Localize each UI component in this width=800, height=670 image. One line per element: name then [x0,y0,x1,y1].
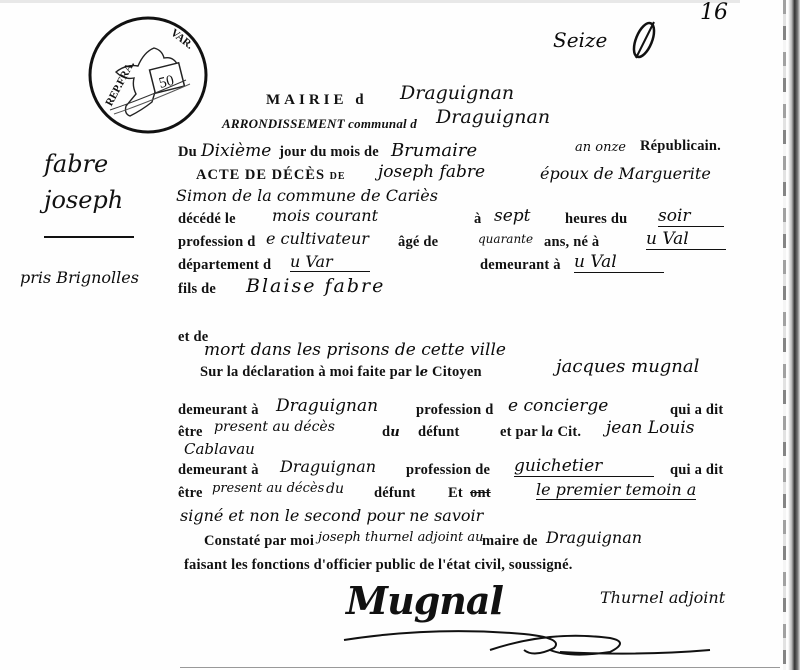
signature-flourish-icon [340,626,720,656]
spouse-text: époux de Marguerite [540,164,711,183]
et-par-label: et par la Cit. [500,424,581,441]
death-hour: sept [494,206,531,226]
witness2-name: jean Louis [606,418,694,438]
signature-note: le premier temoin a [536,480,696,500]
defunt-label-2: défunt [374,485,416,502]
margin-surname: fabre [44,150,108,178]
profession-value: e cultivateur [266,229,369,248]
date-line: Du Dixième jour du mois de Brumaire [178,140,477,161]
bottom-rule [180,667,780,668]
constate-label: Constaté par moi [204,533,314,550]
w1-relation: present au décès [214,419,335,435]
decede-value: mois courant [272,206,378,225]
death-note: mort dans les prisons de cette ville [204,340,506,360]
page-binding-shadow [783,0,786,670]
profession-label: profession d [178,234,255,251]
w2-profession-label: profession de [406,462,490,479]
document-page: 50 REP.FRA. VAR. Seize 16 MAIRIE d Dragu… [0,0,800,670]
w1-city: Draguignan [276,396,378,416]
folio-number: 16 [700,0,728,25]
revenue-stamp: 50 REP.FRA. VAR. [86,14,210,136]
w2-city: Draguignan [280,457,376,476]
acte-label: ACTE DE DÉCÈS de [196,167,346,184]
maire-city: Draguignan [546,528,642,547]
witness2-continued: Cablavau [184,440,255,458]
demeurant-value: u Val [574,252,664,273]
defunt-label-1: défunt [418,424,460,441]
a-label: à [474,211,481,228]
witness1-name: jacques mugnal [556,356,699,377]
demeurant-label: demeurant à [480,257,561,274]
scan-top-edge [0,0,740,3]
year-value: an onze [575,140,626,155]
born-value: u Val [646,229,726,250]
faisant-label: faisant les fonctions d'officier public … [184,557,573,574]
du-value-2: du [326,481,344,497]
etre-label-2: être [178,485,203,502]
stamp-seal-icon: 50 REP.FRA. VAR. [86,14,210,136]
departement-label: département d [178,257,271,274]
age-label: âgé de [398,234,438,251]
w2-relation: present au décès [212,481,324,496]
margin-given-name: joseph [44,186,123,214]
w2-profession: guichetier [514,456,654,477]
margin-note: pris Brignolles [20,268,139,287]
ont-struck: ont [470,485,491,502]
mairie-value: Draguignan [400,82,514,104]
et-label: Et [448,485,463,502]
etre-label-1: être [178,424,203,441]
time-of-day: soir [658,206,724,227]
svg-text:VAR.: VAR. [168,27,195,52]
witness-signature: Mugnal [346,578,503,623]
mairie-label: MAIRIE d [266,92,368,109]
w2-demeurant-label: demeurant à [178,462,259,479]
qui-a-dit-2: qui a dit [670,462,723,479]
maire-label: maire de [482,533,538,550]
page-binding-edge [788,0,800,670]
heures-label: heures du [565,211,627,228]
w1-profession-label: profession d [416,402,493,419]
declaration-label: Sur la déclaration à moi faite par le Ci… [200,364,482,381]
w1-demeurant-label: demeurant à [178,402,259,419]
fils-label: fils de [178,281,216,298]
age-value: quarante [478,232,533,246]
officer-name: joseph thurnel adjoint au [318,530,484,545]
folio-word: Seize [553,28,607,52]
deceased-name: joseph fabre [378,162,485,182]
folio-flourish-icon [630,18,658,66]
father-name: Blaise fabre [246,275,385,297]
arrondissement-label: ARRONDISSEMENT communal d [222,116,417,132]
w1-profession: e concierge [508,396,608,416]
signature-note-continued: signé et non le second pour ne savoir [180,506,483,525]
ans-label: ans, né à [544,234,599,251]
officer-signature: Thurnel adjoint [600,588,725,607]
decede-label: décédé le [178,211,236,228]
republicain-label: Républicain. [640,138,721,155]
arrondissement-value: Draguignan [436,106,550,128]
spouse-continued: Simon de la commune de Cariès [176,186,438,205]
du-label-1: du [382,424,400,441]
margin-underline [44,236,134,238]
qui-a-dit-1: qui a dit [670,402,723,419]
departement-value: u Var [290,252,370,272]
